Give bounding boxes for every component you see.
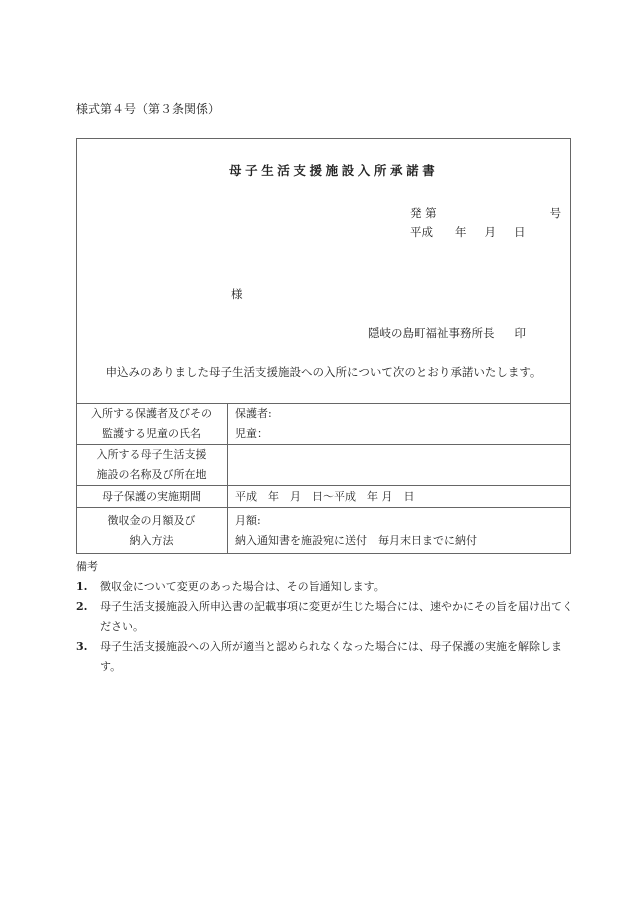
issue-number: 発 第号 bbox=[410, 205, 561, 221]
issue-date-year-label: 年 bbox=[455, 225, 467, 239]
notes-section: 備考 1. 徴収金について変更のあった場合は、その旨通知します。 2. 母子生活… bbox=[76, 557, 576, 677]
note-item: 3. 母子生活支援施設への入所が適当と認められなくなった場合には、母子保護の実施… bbox=[76, 637, 576, 677]
approval-form-box: 母子生活支援施設入所承諾書 発 第号 平成年月日 様 隠岐の島町福祉事務所長印 … bbox=[76, 138, 571, 554]
children-field: 児童： bbox=[235, 424, 571, 444]
row-label-facility: 入所する母子生活支援 施設の名称及び所在地 bbox=[76, 445, 228, 486]
seal-mark: 印 bbox=[515, 325, 527, 341]
row-label-period: 母子保護の実施期間 bbox=[76, 486, 228, 508]
table-row: 母子保護の実施期間 平成 年 月 日～平成 年 月 日 bbox=[76, 486, 571, 508]
row-value-facility bbox=[228, 445, 572, 486]
note-item: 1. 徴収金について変更のあった場合は、その旨通知します。 bbox=[76, 577, 576, 597]
row-value-period: 平成 年 月 日～平成 年 月 日 bbox=[228, 486, 572, 508]
issue-date: 平成年月日 bbox=[410, 224, 526, 240]
guardian-field: 保護者: bbox=[235, 404, 571, 424]
issue-number-suffix: 号 bbox=[550, 205, 562, 221]
notes-list: 1. 徴収金について変更のあった場合は、その旨通知します。 2. 母子生活支援施… bbox=[76, 577, 576, 677]
table-row: 徴収金の月額及び 納入方法 月額: 納入通知書を施設宛に送付 毎月末日までに納付 bbox=[76, 508, 571, 555]
monthly-amount-field: 月額: bbox=[235, 511, 571, 531]
form-number: 様式第４号（第３条関係） bbox=[76, 100, 220, 117]
notes-heading: 備考 bbox=[76, 557, 576, 577]
note-item: 2. 母子生活支援施設入所申込書の記載事項に変更が生じた場合には、速やかにその旨… bbox=[76, 597, 576, 637]
details-table: 入所する保護者及びその 監護する児童の氏名 保護者: 児童： 入所する母子生活支… bbox=[76, 403, 571, 554]
row-label-guardian-children: 入所する保護者及びその 監護する児童の氏名 bbox=[76, 404, 228, 445]
table-row: 入所する母子生活支援 施設の名称及び所在地 bbox=[76, 445, 571, 486]
document-title: 母子生活支援施設入所承諾書 bbox=[229, 161, 429, 179]
table-row: 入所する保護者及びその 監護する児童の氏名 保護者: 児童： bbox=[76, 404, 571, 445]
approval-statement: 申込みのありました母子生活支援施設への入所について次のとおり承諾いたします。 bbox=[77, 364, 570, 380]
issue-date-day-label: 日 bbox=[514, 225, 526, 239]
issue-date-month-label: 月 bbox=[485, 225, 497, 239]
row-value-guardian-children: 保護者: 児童： bbox=[228, 404, 572, 445]
issuer-name: 隠岐の島町福祉事務所長 bbox=[368, 326, 495, 340]
row-label-fee: 徴収金の月額及び 納入方法 bbox=[76, 508, 228, 555]
row-value-fee: 月額: 納入通知書を施設宛に送付 毎月末日までに納付 bbox=[228, 508, 572, 555]
issue-number-prefix: 発 第 bbox=[410, 205, 437, 221]
addressee-honorific: 様 bbox=[231, 286, 243, 302]
issuer: 隠岐の島町福祉事務所長印 bbox=[368, 325, 526, 341]
issue-date-era: 平成 bbox=[410, 225, 433, 239]
payment-method-text: 納入通知書を施設宛に送付 毎月末日までに納付 bbox=[235, 531, 571, 551]
